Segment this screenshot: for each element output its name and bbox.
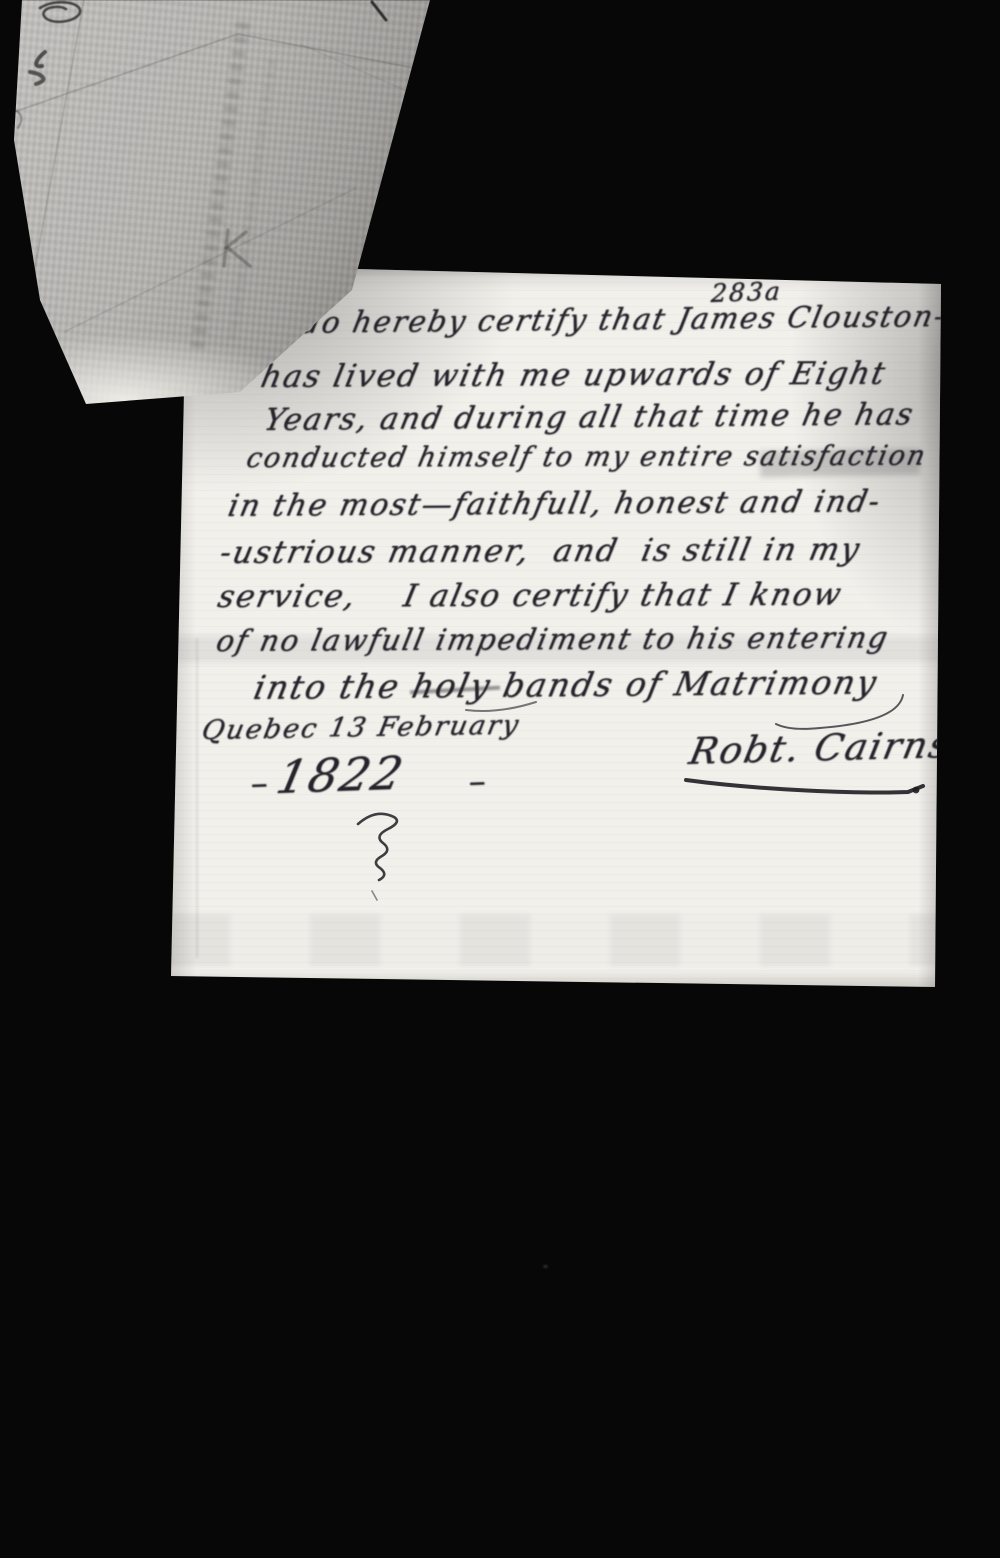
paper-crease xyxy=(30,0,84,295)
pen-stroke xyxy=(372,2,386,20)
certificate-page: 283a I do hereby certify that James Clou… xyxy=(160,258,950,994)
film-speck xyxy=(543,1265,548,1268)
ink-scribble xyxy=(30,72,43,84)
signature-underline xyxy=(686,780,923,793)
pen-flourishes xyxy=(160,258,950,994)
paper-crease xyxy=(64,188,356,332)
ink-scribble xyxy=(36,52,45,66)
ink-tick xyxy=(372,891,377,900)
microfilm-scan-background: 283a I do hereby certify that James Clou… xyxy=(0,0,1000,1558)
pen-flourish xyxy=(776,695,903,729)
ink-scribble xyxy=(8,108,21,128)
bleed-through-letter xyxy=(224,230,250,266)
ink-squiggle xyxy=(358,814,397,880)
ink-scribble xyxy=(40,2,80,22)
paper-crease xyxy=(300,44,418,96)
signature-underline-blob xyxy=(913,787,920,794)
pen-flourish xyxy=(466,702,536,711)
